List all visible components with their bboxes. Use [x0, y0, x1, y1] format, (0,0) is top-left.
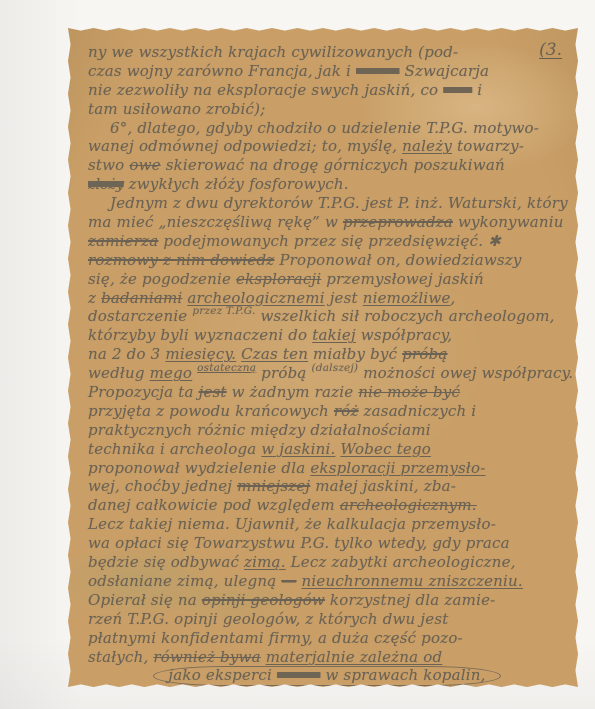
manuscript-line: danej całkowicie pod względem archeologi…: [88, 496, 566, 515]
manuscript-line: się, że pogodzenie eksploracji przemysło…: [88, 270, 566, 289]
text-segment: wa opłaci się Towarzystwu P.G. tylko wte…: [88, 534, 510, 552]
text-segment: małej jaskini, zba-: [310, 477, 456, 495]
circled-annotation: jako eksperci ——— w sprawach kopalin,: [153, 666, 500, 686]
text-segment: czas wojny zarówno Francja, jak i: [88, 62, 356, 80]
text-segment-strike: próbą: [402, 345, 447, 363]
text-segment-u: Wobec tego: [340, 440, 431, 458]
text-segment-scribble: ———: [277, 666, 321, 684]
manuscript-line: odsłaniane zimą, ulegną — nieuchronnemu …: [88, 572, 566, 591]
text-segment-strike: opinji geologów: [202, 591, 325, 609]
text-segment: w sprawach kopalin,: [320, 666, 485, 684]
manuscript-line: zamierza podejmowanych przez się przedsi…: [88, 232, 566, 251]
text-segment: ny we wszystkich krajach cywilizowanych …: [88, 43, 458, 61]
manuscript-line: nie zezwoliły na eksploracje swych jaski…: [88, 81, 566, 100]
paper-inner: (3. ny we wszystkich krajach cywilizowan…: [68, 28, 578, 687]
text-segment-strike: —: [281, 572, 296, 590]
text-segment: podejmowanych przez się przedsięwzięć. ✱: [158, 232, 501, 250]
manuscript-line: z badaniami archeologicznemi jest niemoż…: [88, 289, 566, 308]
manuscript-line: wa opłaci się Towarzystwu P.G. tylko wte…: [88, 534, 566, 553]
text-segment-sup: przez T.P.G.: [192, 305, 255, 317]
text-segment: jest: [325, 289, 363, 307]
text-segment: danej całkowicie pod względem: [88, 496, 340, 514]
manuscript-line: proponował wydzielenie dla eksploracji p…: [88, 459, 566, 478]
text-segment: stałych,: [88, 648, 153, 666]
text-segment-u: takiej: [312, 326, 356, 344]
text-segment: nie zezwoliły na eksploracje swych jaski…: [88, 81, 443, 99]
text-segment: tam usiłowano zrobić);: [88, 100, 265, 118]
text-segment: Jednym z dwu dyrektorów T.P.G. jest P. i…: [110, 194, 568, 212]
manuscript-line: stałych, również bywa materjalnie zależn…: [88, 648, 566, 667]
text-segment: rzeń T.P.G. opinji geologów, z których d…: [88, 610, 448, 628]
text-segment: możności owej współpracy.: [358, 364, 573, 382]
text-segment: przemysłowej jaskiń: [321, 270, 484, 288]
text-segment: płatnymi konfidentami firmy, a duża częś…: [88, 629, 463, 647]
text-segment-strike-light: również bywa: [153, 648, 260, 666]
manuscript-line: którzyby byli wyznaczeni do takiej współ…: [88, 326, 566, 345]
text-segment: którzyby byli wyznaczeni do: [88, 326, 312, 344]
text-segment: z: [88, 289, 101, 307]
text-segment: stwo: [88, 156, 129, 174]
text-segment-u: niemożliwe: [363, 289, 451, 307]
text-segment: dostarczenie: [88, 307, 192, 325]
text-segment-strike-light: badaniami: [101, 289, 182, 307]
manuscript-line: będzie się odbywać zimą. Lecz zabytki ar…: [88, 553, 566, 572]
text-segment: Lecz zabytki archeologiczne,: [286, 553, 516, 571]
paper-sheet: (3. ny we wszystkich krajach cywilizowan…: [68, 28, 578, 687]
text-segment: skierować na drogę górniczych poszukiwań: [161, 156, 505, 174]
text-segment-u: miesięcy.: [165, 345, 236, 363]
text-segment-strike: przeprowadza: [343, 213, 453, 231]
text-segment: Propozycja ta: [88, 383, 199, 401]
text-segment: wanej odmównej odpowiedzi; to, myślę,: [88, 137, 402, 155]
text-segment: współpracy,: [356, 326, 453, 344]
manuscript-line: jako eksperci ——— w sprawach kopalin,: [88, 666, 566, 685]
text-segment: 6°, dlatego, gdyby chodziło o udzielenie…: [110, 119, 539, 137]
text-segment: ,: [451, 289, 456, 307]
text-segment: na 2 do 3: [88, 345, 165, 363]
manuscript-line: Propozycja ta jest w żadnym razie nie mo…: [88, 383, 566, 402]
text-segment: Lecz takiej niema. Ujawnił, że kalkulacj…: [88, 515, 496, 533]
text-segment: Proponował on, dowiedziawszy: [274, 251, 521, 269]
text-segment-u: materjalnie zależna od: [266, 648, 443, 666]
text-segment: proponował wydzielenie dla: [88, 459, 310, 477]
manuscript-line: Jednym z dwu dyrektorów T.P.G. jest P. i…: [88, 194, 566, 213]
text-segment: wej, choćby jednej: [88, 477, 237, 495]
text-segment: wykonywaniu: [453, 213, 564, 231]
manuscript-line: Opierał się na opinji geologów korzystne…: [88, 591, 566, 610]
manuscript-line: płatnymi konfidentami firmy, a duża częś…: [88, 629, 566, 648]
text-segment: przyjęta z powodu krańcowych: [88, 402, 334, 420]
text-segment: w żadnym razie: [227, 383, 359, 401]
manuscript-line: według mego ostateczną próbą (dalszej) m…: [88, 364, 566, 383]
text-segment-u: archeologicznemi: [187, 289, 324, 307]
text-segment: jako eksperci: [168, 666, 277, 684]
manuscript-line: dostarczenie przez T.P.G. wszelkich sił …: [88, 307, 566, 326]
manuscript-line: ny we wszystkich krajach cywilizowanych …: [88, 43, 566, 62]
manuscript-line: złoży zwykłych złóży fosforowych.: [88, 175, 566, 194]
manuscript-line: tam usiłowano zrobić);: [88, 100, 566, 119]
text-segment: technika i archeologa: [88, 440, 261, 458]
text-segment: i: [472, 81, 482, 99]
manuscript-text: ny we wszystkich krajach cywilizowanych …: [88, 43, 566, 685]
text-segment-scribble: ——: [443, 81, 472, 99]
text-segment-strike: zamierza: [88, 232, 158, 250]
text-segment-sup-u: ostateczną: [197, 362, 256, 374]
text-segment: zwykłych złóży fosforowych.: [124, 175, 349, 193]
text-segment: Opierał się na: [88, 591, 202, 609]
text-segment-strike: róż: [334, 402, 359, 420]
text-segment-u: należy: [402, 137, 452, 155]
text-segment-scribble: złoży: [88, 175, 124, 193]
manuscript-line: wej, choćby jednej mniejszej małej jaski…: [88, 477, 566, 496]
text-segment-strike-light: nie może być: [358, 383, 460, 401]
manuscript-line: 6°, dlatego, gdyby chodziło o udzielenie…: [88, 119, 566, 138]
text-segment-u: zimą.: [244, 553, 286, 571]
text-segment-scribble: ———: [356, 62, 400, 80]
text-segment-strike-light: eksploracji: [236, 270, 321, 288]
manuscript-line: stwo owe skierować na drogę górniczych p…: [88, 156, 566, 175]
manuscript-line: czas wojny zarówno Francja, jak i ——— Sz…: [88, 62, 566, 81]
manuscript-line: przyjęta z powodu krańcowych róż zasadni…: [88, 402, 566, 421]
text-segment: według: [88, 364, 150, 382]
text-segment: zasadniczych i: [359, 402, 477, 420]
text-segment: Szwajcarja: [400, 62, 490, 80]
manuscript-line: technika i archeologa w jaskini. Wobec t…: [88, 440, 566, 459]
text-segment-strike-light: owe: [129, 156, 160, 174]
text-segment-u: mego: [150, 364, 193, 382]
text-segment: praktycznych różnic między działalnościa…: [88, 421, 431, 439]
text-segment: korzystnej dla zamie-: [325, 591, 495, 609]
text-segment: się, że pogodzenie: [88, 270, 236, 288]
text-segment: wszelkich sił roboczych archeologom,: [256, 307, 555, 325]
text-segment-strike-light: archeologicznym.: [340, 496, 477, 514]
text-segment: towarzy-: [452, 137, 524, 155]
manuscript-line: praktycznych różnic między działalnościa…: [88, 421, 566, 440]
text-segment-u: Czas ten: [241, 345, 308, 363]
manuscript-line: wanej odmównej odpowiedzi; to, myślę, na…: [88, 137, 566, 156]
text-segment-strike: jest: [199, 383, 227, 401]
manuscript-line: ma mieć „nieszczęśliwą rękę” w przeprowa…: [88, 213, 566, 232]
text-segment: będzie się odbywać: [88, 553, 244, 571]
manuscript-line: rzeń T.P.G. opinji geologów, z których d…: [88, 610, 566, 629]
text-segment: próbą: [256, 364, 311, 382]
text-segment: miałby być: [308, 345, 402, 363]
text-segment: ma mieć „nieszczęśliwą rękę” w: [88, 213, 343, 231]
text-segment-u: nieuchronnemu zniszczeniu.: [302, 572, 523, 590]
text-segment-u: eksploracji przemysło-: [310, 459, 485, 477]
text-segment-strike: rozmowy z nim dowiedz: [88, 251, 274, 269]
manuscript-line: rozmowy z nim dowiedz Proponował on, dow…: [88, 251, 566, 270]
text-segment-u: w jaskini.: [261, 440, 335, 458]
text-segment-sup: (dalszej): [312, 362, 359, 374]
text-segment-strike: mniejszej: [237, 477, 310, 495]
text-segment: odsłaniane zimą, ulegną: [88, 572, 281, 590]
manuscript-line: Lecz takiej niema. Ujawnił, że kalkulacj…: [88, 515, 566, 534]
